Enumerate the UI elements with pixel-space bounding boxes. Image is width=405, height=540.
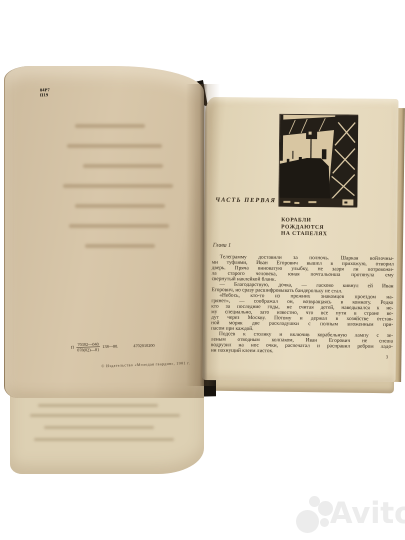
page-number: 3: [386, 355, 388, 360]
part-heading: ЧАСТЬ ПЕРВАЯ: [215, 196, 276, 204]
page-showthrough: [63, 184, 173, 188]
page-showthrough: [75, 124, 145, 128]
imprint-denominator: 078(02)—81: [77, 347, 99, 352]
right-page: ЧАСТЬ ПЕРВАЯ КОРАБЛИ РОЖДАЮТСЯ НА СТАПЕЛ…: [203, 97, 399, 382]
watermark-brand-text: Avito: [330, 496, 405, 530]
imprint-fraction: 70302—040 078(02)—81: [76, 342, 99, 353]
copyright-line: © Издательство «Молодая гвардия», 1981 г…: [101, 361, 190, 369]
book-photo: 84Р7 П19 П 70302—040 078(02)—81 138—80. …: [0, 0, 405, 540]
chapter-label-wrap: Глава 1: [213, 242, 231, 248]
shipyard-illustration: [278, 114, 358, 208]
chapter-title: КОРАБЛИ РОЖДАЮТСЯ НА СТАПЕЛЯХ: [281, 217, 327, 238]
imprint-suffix: 138—80.: [102, 344, 118, 349]
page-showthrough: [67, 144, 162, 148]
chapter-label: Глава 1: [213, 242, 231, 248]
imprint-prefix: П: [71, 345, 74, 350]
body-text: Телеграмму доставили за полночь. Шаркая …: [211, 254, 394, 355]
part-heading-wrap: ЧАСТЬ ПЕРВАЯ: [215, 196, 276, 204]
imprint-block: П 70302—040 078(02)—81 138—80. 470201020…: [29, 336, 197, 357]
page-showthrough: [83, 164, 163, 168]
page-showthrough: [85, 244, 155, 248]
watermark-circle-icon: [296, 510, 319, 533]
left-page: 84Р7 П19 П 70302—040 078(02)—81 138—80. …: [4, 66, 204, 398]
chapter-title-line: НА СТАПЕЛЯХ: [281, 230, 327, 237]
page-block-bottom-left: [10, 388, 204, 474]
watermark-circle-icon: [320, 518, 329, 527]
imprint-code: 4702010200: [133, 343, 154, 348]
stamp-line: П19: [40, 92, 50, 97]
library-stamp: 84Р7 П19: [35, 83, 55, 102]
avito-watermark: Avito: [292, 494, 405, 538]
page-showthrough: [69, 224, 169, 228]
page-number-wrap: 3: [386, 355, 388, 360]
page-showthrough: [75, 204, 165, 208]
